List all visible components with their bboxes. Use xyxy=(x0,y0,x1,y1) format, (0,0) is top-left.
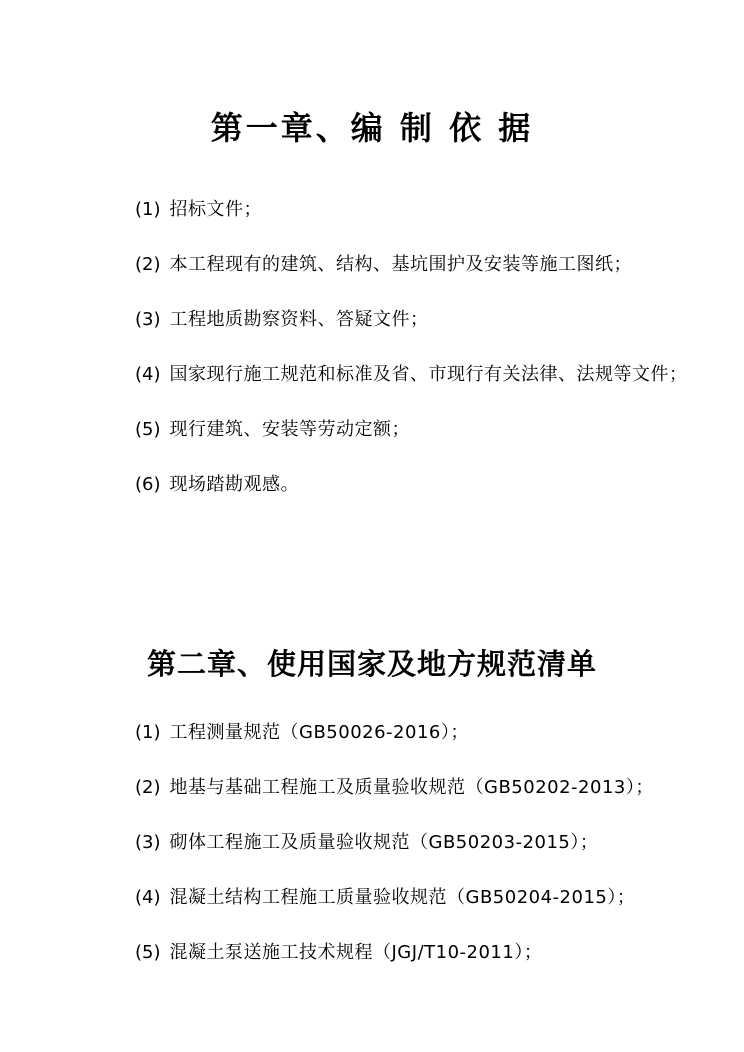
list-item: (5)混凝土泵送施工技术规程（JGJ/T10-2011）； xyxy=(135,939,689,967)
item-text: 砌体工程施工及质量验收规范（GB50203-2015）； xyxy=(170,832,599,853)
item-text: 地基与基础工程施工及质量验收规范（GB50202-2013）； xyxy=(170,777,654,798)
chapter-2-title: 第二章、使用国家及地方规范清单 xyxy=(0,644,744,684)
item-number: (3) xyxy=(135,306,161,334)
chapter-1-list: (1)招标文件； (2)本工程现有的建筑、结构、基坑围护及安装等施工图纸； (3… xyxy=(0,196,744,526)
list-item: (2)地基与基础工程施工及质量验收规范（GB50202-2013）； xyxy=(135,774,689,802)
list-item: (2)本工程现有的建筑、结构、基坑围护及安装等施工图纸； xyxy=(135,251,689,279)
chapter-1-title: 第一章、编 制 依 据 xyxy=(0,0,744,152)
item-text: 招标文件； xyxy=(170,199,263,220)
list-item: (3)砌体工程施工及质量验收规范（GB50203-2015）； xyxy=(135,829,689,857)
list-item: (1)工程测量规范（GB50026-2016）； xyxy=(135,719,689,747)
item-text: 混凝土结构工程施工质量验收规范（GB50204-2015）； xyxy=(170,887,636,908)
item-text: 现场踏勘观感。 xyxy=(170,474,300,495)
item-text: 国家现行施工规范和标准及省、市现行有关法律、法规等文件； xyxy=(170,364,688,385)
item-number: (5) xyxy=(135,416,161,444)
list-item: (6)现场踏勘观感。 xyxy=(135,471,689,499)
document-page: 第一章、编 制 依 据 (1)招标文件； (2)本工程现有的建筑、结构、基坑围护… xyxy=(0,0,744,1052)
item-number: (3) xyxy=(135,829,161,857)
item-number: (4) xyxy=(135,884,161,912)
item-number: (5) xyxy=(135,939,161,967)
item-text: 现行建筑、安装等劳动定额； xyxy=(170,419,411,440)
item-number: (4) xyxy=(135,361,161,389)
list-item: (4)混凝土结构工程施工质量验收规范（GB50204-2015）； xyxy=(135,884,689,912)
item-number: (2) xyxy=(135,774,161,802)
list-item: (5)现行建筑、安装等劳动定额； xyxy=(135,416,689,444)
item-text: 工程地质勘察资料、答疑文件； xyxy=(170,309,429,330)
item-number: (1) xyxy=(135,196,161,224)
item-text: 工程测量规范（GB50026-2016）； xyxy=(170,722,469,743)
item-number: (2) xyxy=(135,251,161,279)
item-number: (6) xyxy=(135,471,161,499)
item-text: 本工程现有的建筑、结构、基坑围护及安装等施工图纸； xyxy=(170,254,633,275)
chapter-2-list: (1)工程测量规范（GB50026-2016）； (2)地基与基础工程施工及质量… xyxy=(0,719,744,994)
item-text: 混凝土泵送施工技术规程（JGJ/T10-2011）； xyxy=(170,942,543,963)
list-item: (3)工程地质勘察资料、答疑文件； xyxy=(135,306,689,334)
list-item: (1)招标文件； xyxy=(135,196,689,224)
item-number: (1) xyxy=(135,719,161,747)
list-item: (4)国家现行施工规范和标准及省、市现行有关法律、法规等文件； xyxy=(135,361,689,389)
